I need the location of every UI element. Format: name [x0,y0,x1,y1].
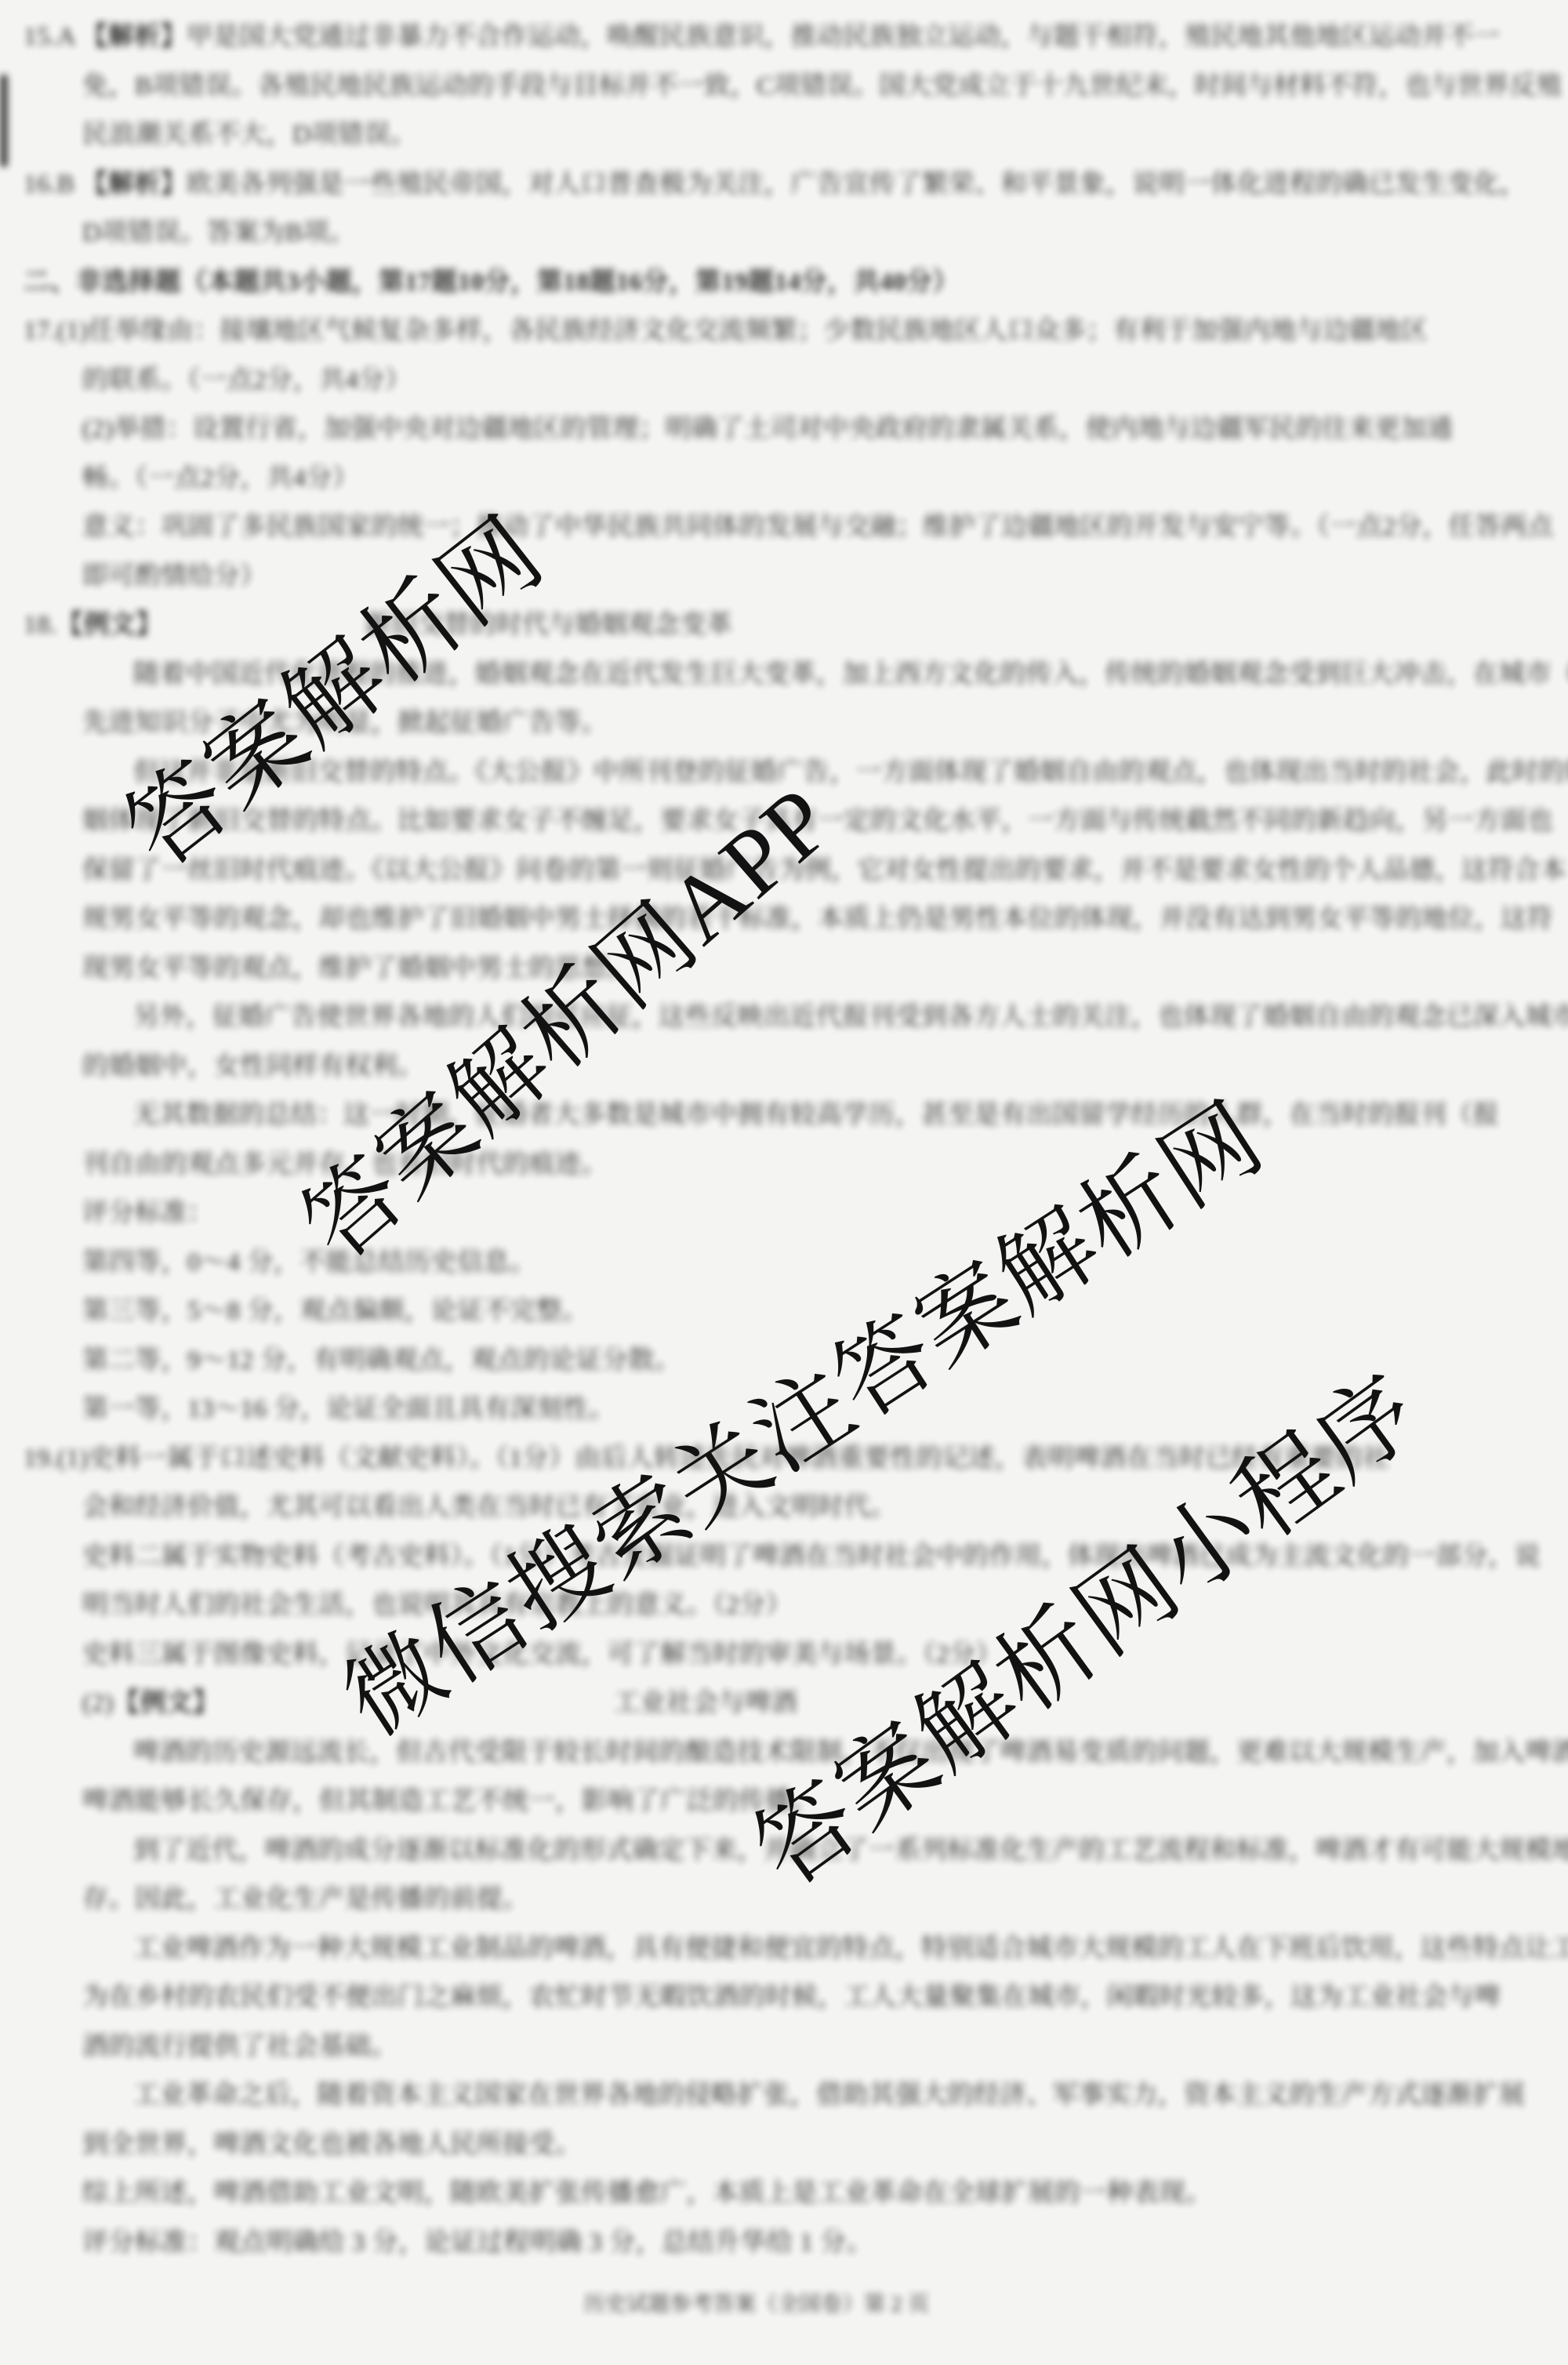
text-line: 综上所述，啤酒借助工业文明，随欧美扩张传播愈广，本质上是工业革命在全球扩展的一种… [82,2178,1212,2210]
text-run: 工业社会与啤酒 [614,1689,798,1717]
text-run: 评分标准： [82,1199,214,1227]
text-line: 保留了一丝旧时代痕迹。《以大公报》问卷的第一则征婚广告为例，它对女性提出的要求，… [82,856,1566,887]
text-run: 综上所述，啤酒借助工业文明，随欧美扩张传播愈广，本质上是工业革命在全球扩展的一种… [82,2179,1212,2207]
document-scan-page: 15.A 【解析】甲是国大党通过非暴力不合作运动，唤醒民族意识，推动民族独立运动… [0,0,1568,2365]
text-run: 甲是国大党通过非暴力不合作运动，唤醒民族意识，推动民族独立运动，与题干相符，殖民… [187,23,1500,51]
text-run: 历史试题参考答案（全国卷）第 2 页 [584,2292,930,2316]
text-run: 无其数据的总结：这一时期，征婚者大多数是城市中拥有较高学历，甚至是有出国留学经历… [133,1101,1499,1129]
text-run: (2)举措：设置行省，加强中央对边疆地区的管理；明确了土司对中央政府的隶属关系，… [82,415,1453,443]
text-run: 但这并非是新旧交替的特点。《大公报》中所刊登的征婚广告，一方面体现了婚姻自由的观… [133,758,1568,787]
text-line: 即可酌情给分） [82,561,267,593]
text-run: 酒的流行提供了社会基础。 [82,2033,397,2061]
text-run: 16.B [24,170,82,198]
text-run: 史料一属于口述史料（文献史料）。（1分）由后人转述先民对啤酒重要性的记述，表明啤… [89,1444,1389,1473]
bold-label: 【解析】 [82,23,187,51]
text-run: 欧美各列强是一些殖民帝国，对人口普查极为关注，广告宣传了繁荣、和平景象，说明一体… [187,170,1526,198]
text-line: 民浪潮关系不大，D项错误。 [82,120,416,151]
text-run: 刊自由的观点多元并存，也有旧时代的痕迹。 [82,1150,608,1179]
text-line: 意义：巩固了多民族国家的统一；推动了中华民族共同体的发展与交融；维护了边疆地区的… [82,512,1554,543]
text-line: 第三等，5～8 分，观点偏颇，论证不完整。 [82,1296,589,1328]
text-line: 史料二属于实物史料（考古史料）。（1分）考古发掘证明了啤酒在当时社会中的作用，体… [82,1542,1541,1573]
text-run: 畅。（一点2分，共4分） [82,464,359,492]
text-line: 规男女平等的观念，却也维护了旧婚姻中男士择偶的若干标准，本质上仍是男性本位的体现… [82,904,1553,935]
text-line: 畅。（一点2分，共4分） [82,463,359,495]
text-line: 刊自由的观点多元并存，也有旧时代的痕迹。 [82,1150,608,1181]
text-line: 的婚姻中，女性同样有权利。 [82,1052,424,1083]
text-run: 民浪潮关系不大，D项错误。 [82,121,416,149]
text-run: 意义：巩固了多民族国家的统一；推动了中华民族共同体的发展与交融；维护了边疆地区的… [82,513,1554,541]
text-run: 18. [24,611,57,639]
text-run: 免，B项错误。各殖民地民族运动的手段与目标并不一致，C项错误。国大党成立于十九世… [82,72,1563,100]
text-line: 到了近代，啤酒的成分逐渐以标准化的形式确定下来，并确立了一系列标准化生产的工艺流… [133,1836,1568,1867]
text-run: 到了近代，啤酒的成分逐渐以标准化的形式确定下来，并确立了一系列标准化生产的工艺流… [133,1836,1568,1865]
text-line: 新旧交替的时代与婚姻观念变革 [365,610,733,641]
text-run: 保留了一丝旧时代痕迹。《以大公报》问卷的第一则征婚广告为例，它对女性提出的要求，… [82,856,1566,885]
text-line: 19.(1)史料一属于口述史料（文献史料）。（1分）由后人转述先民对啤酒重要性的… [24,1444,1389,1475]
text-line: 评分标准： [82,1198,214,1230]
text-run: 工业革命之后，随着资本主义国家在世界各地的侵略扩张，借助其强大的经济、军事实力，… [133,2081,1526,2109]
text-line: 现男女平等的观点，维护了婚姻中男士的思想。 [82,954,634,985]
text-run: 会和经济价值，尤其可以看出人类在当时已有了农业，进入文明时代。 [82,1493,897,1521]
text-run: 新旧交替的时代与婚姻观念变革 [365,611,733,639]
text-line: 第一等，13～16 分，论证全面且具有深刻性。 [82,1394,615,1426]
bold-label: 【例文】 [57,611,162,639]
text-line: 15.A 【解析】甲是国大党通过非暴力不合作运动，唤醒民族意识，推动民族独立运动… [24,22,1500,53]
text-run: 规男女平等的观念，却也维护了旧婚姻中男士择偶的若干标准，本质上仍是男性本位的体现… [82,905,1553,933]
text-run: 19.(1) [24,1444,89,1473]
text-line: 啤酒的历史源远流长，但古代受限于较长时间的酿造技术限制，不仅出现了啤酒易变质的问… [133,1738,1568,1769]
text-line: (2)举措：设置行省，加强中央对边疆地区的管理；明确了土司对中央政府的隶属关系，… [82,414,1453,445]
text-run: 史料三属于图像史料，记录了中外文化交流，可了解当时的审美与场景。（2分） [82,1640,1002,1669]
text-line: 但这并非是新旧交替的特点。《大公报》中所刊登的征婚广告，一方面体现了婚姻自由的观… [133,757,1568,789]
text-run: 到全世界，啤酒文化也被各地人民所接受。 [82,2131,582,2159]
bold-label: 【解析】 [82,170,187,198]
text-run: 17.(1) [24,317,89,345]
text-line: 先进知识分子中尤为明显，掀起征婚广告等。 [82,708,608,739]
text-run: 第二等，9～12 分，有明确观点，观点的论证分散。 [82,1346,681,1375]
bold-label: 【例文】 [114,1689,219,1717]
scan-edge-artifact [0,74,8,167]
text-run: 随着中国近代化进程的推进，婚姻观念在近代发生巨大变革，加上西方文化的传入，传统的… [133,660,1568,688]
text-line: 另外，征婚广告使世界各地的人们均可应征，这些反映出近代报刊受到各方人士的关注，也… [133,1002,1568,1034]
text-line: 的联系。（一点2分，共4分） [82,365,412,397]
text-line: 工业啤酒作为一种大规模工业制品的啤酒，具有便捷和便宜的特点，特别适合城市大规模的… [133,1934,1568,1965]
text-line: 评分标准：观点明确给 3 分，论证过程明确 3 分，总结升华给 1 分。 [82,2228,873,2259]
text-run: 任举缘由：接壤地区气候复杂多样，各民族经济文化交流频繁；少数民族地区人口众多；有… [89,317,1428,345]
text-line: 存。因此，工业化生产是传播的前提。 [82,1884,529,1916]
blurred-document-body: 15.A 【解析】甲是国大党通过非暴力不合作运动，唤醒民族意识，推动民族独立运动… [0,0,1568,2365]
text-run: 工业啤酒作为一种大规模工业制品的啤酒，具有便捷和便宜的特点，特别适合城市大规模的… [133,1935,1568,1963]
text-run: 另外，征婚广告使世界各地的人们均可应征，这些反映出近代报刊受到各方人士的关注，也… [133,1003,1568,1031]
text-run: 即可酌情给分） [82,562,267,590]
text-line: 啤酒能够长久保存，但其制造工艺不统一，影响了广泛的传播。 [82,1786,818,1818]
text-run: 明当时人们的社会生活，也说明其具有宗教上的意义。（2分） [82,1591,792,1619]
text-line: D项错误。答案为B项。 [82,218,355,249]
text-line: 17.(1)任举缘由：接壤地区气候复杂多样，各民族经济文化交流频繁；少数民族地区… [24,316,1428,347]
text-run: 先进知识分子中尤为明显，掀起征婚广告等。 [82,709,608,737]
text-run: 啤酒的历史源远流长，但古代受限于较长时间的酿造技术限制，不仅出现了啤酒易变质的问… [133,1738,1568,1767]
text-line: 会和经济价值，尤其可以看出人类在当时已有了农业，进入文明时代。 [82,1492,897,1524]
bold-label: 二、非选择题（本题共3小题，第17题10分，第18题16分，第19题14分，共4… [24,268,959,296]
text-run: 第一等，13～16 分，论证全面且具有深刻性。 [82,1395,615,1423]
text-run: (2) [82,1689,114,1717]
text-line: 到全世界，啤酒文化也被各地人民所接受。 [82,2130,582,2161]
text-run: 史料二属于实物史料（考古史料）。（1分）考古发掘证明了啤酒在当时社会中的作用，体… [82,1542,1541,1571]
text-line: 免，B项错误。各殖民地民族运动的手段与目标并不一致，C项错误。国大党成立于十九世… [82,71,1563,103]
text-line: (2)【例文】 [82,1688,219,1720]
text-line: 随着中国近代化进程的推进，婚姻观念在近代发生巨大变革，加上西方文化的传入，传统的… [133,659,1568,691]
text-line: 工业社会与啤酒 [614,1688,798,1720]
text-line: 姻体现了新旧交替的特点。比如要求女子不缠足，要求女子具有一定的文化水平，一方面与… [82,806,1553,837]
text-run: 姻体现了新旧交替的特点。比如要求女子不缠足，要求女子具有一定的文化水平，一方面与… [82,807,1553,835]
text-line: 二、非选择题（本题共3小题，第17题10分，第18题16分，第19题14分，共4… [24,267,959,299]
text-run: 现男女平等的观点，维护了婚姻中男士的思想。 [82,954,634,983]
text-run: 存。因此，工业化生产是传播的前提。 [82,1885,529,1913]
text-line: 为在乡村的农民们受不便出门之麻烦，农忙时节无暇饮酒的时候，工人大量聚集在城市，闲… [82,1982,1501,2014]
text-line: 明当时人们的社会生活，也说明其具有宗教上的意义。（2分） [82,1590,792,1622]
text-run: 的联系。（一点2分，共4分） [82,366,412,394]
text-run: 第三等，5～8 分，观点偏颇，论证不完整。 [82,1297,589,1325]
page-footer: 历史试题参考答案（全国卷）第 2 页 [584,2291,930,2316]
text-line: 第二等，9～12 分，有明确观点，观点的论证分散。 [82,1346,681,1377]
text-line: 18.【例文】 [24,610,162,641]
text-run: 为在乡村的农民们受不便出门之麻烦，农忙时节无暇饮酒的时候，工人大量聚集在城市，闲… [82,1983,1501,2011]
text-run: D项错误。答案为B项。 [82,219,355,247]
text-line: 无其数据的总结：这一时期，征婚者大多数是城市中拥有较高学历，甚至是有出国留学经历… [133,1100,1499,1132]
text-line: 工业革命之后，随着资本主义国家在世界各地的侵略扩张，借助其强大的经济、军事实力，… [133,2080,1526,2112]
text-line: 酒的流行提供了社会基础。 [82,2032,397,2063]
text-line: 第四等，0～4 分，不能总结历史信息。 [82,1248,536,1279]
text-run: 的婚姻中，女性同样有权利。 [82,1052,424,1081]
text-line: 史料三属于图像史料，记录了中外文化交流，可了解当时的审美与场景。（2分） [82,1640,1002,1671]
text-run: 第四等，0～4 分，不能总结历史信息。 [82,1248,536,1277]
text-run: 评分标准：观点明确给 3 分，论证过程明确 3 分，总结升华给 1 分。 [82,2229,873,2257]
text-line: 16.B 【解析】欧美各列强是一些殖民帝国，对人口普查极为关注，广告宣传了繁荣、… [24,169,1526,201]
text-run: 15.A [24,23,82,51]
text-run: 啤酒能够长久保存，但其制造工艺不统一，影响了广泛的传播。 [82,1787,818,1815]
